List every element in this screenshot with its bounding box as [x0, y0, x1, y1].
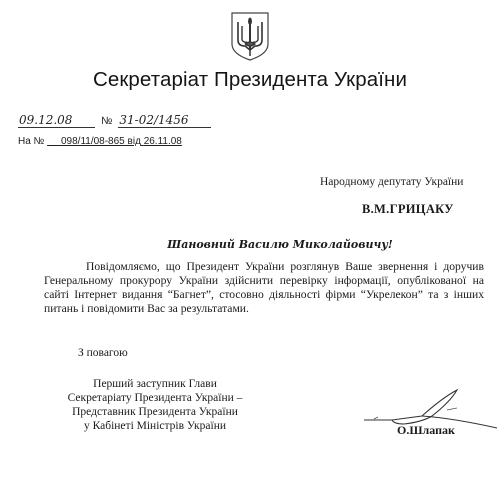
letter-body: Повідомляємо, що Президент України розгл…	[44, 260, 484, 316]
position-line: у Кабінеті Міністрів України	[50, 419, 260, 433]
position-line: Представник Президента України	[50, 405, 260, 419]
salutation: Шановний Василю Миколайовичу!	[0, 238, 500, 251]
number-label: №	[101, 115, 112, 127]
signatory-position: Перший заступник Глави Секретаріату През…	[50, 377, 260, 433]
position-line: Секретаріату Президента України –	[50, 391, 260, 405]
letter-paragraph: Повідомляємо, що Президент України розгл…	[44, 260, 484, 316]
reference-date: 26.11.08	[144, 136, 182, 147]
position-line: Перший заступник Глави	[50, 377, 260, 391]
reference-from: від	[128, 136, 141, 147]
reference-number: 098/11/08-865	[61, 136, 125, 147]
reference-prefix: На №	[18, 136, 44, 147]
reference-line: На № 098/11/08-865 від 26.11.08	[18, 136, 182, 147]
closing: З повагою	[78, 347, 128, 359]
coat-of-arms-icon	[229, 10, 271, 62]
signatory-name: О.Шлапак	[397, 423, 455, 438]
addressee-name: В.М.ГРИЦАКУ	[362, 202, 454, 217]
addressee-position: Народному депутату України	[320, 176, 463, 188]
outgoing-number: 31-02/1456	[118, 113, 211, 128]
outgoing-date: 09.12.08	[18, 113, 95, 128]
outgoing-registration: 09.12.08 № 31-02/1456	[18, 113, 211, 128]
issuer-title: Секретаріат Президента України	[0, 68, 500, 92]
